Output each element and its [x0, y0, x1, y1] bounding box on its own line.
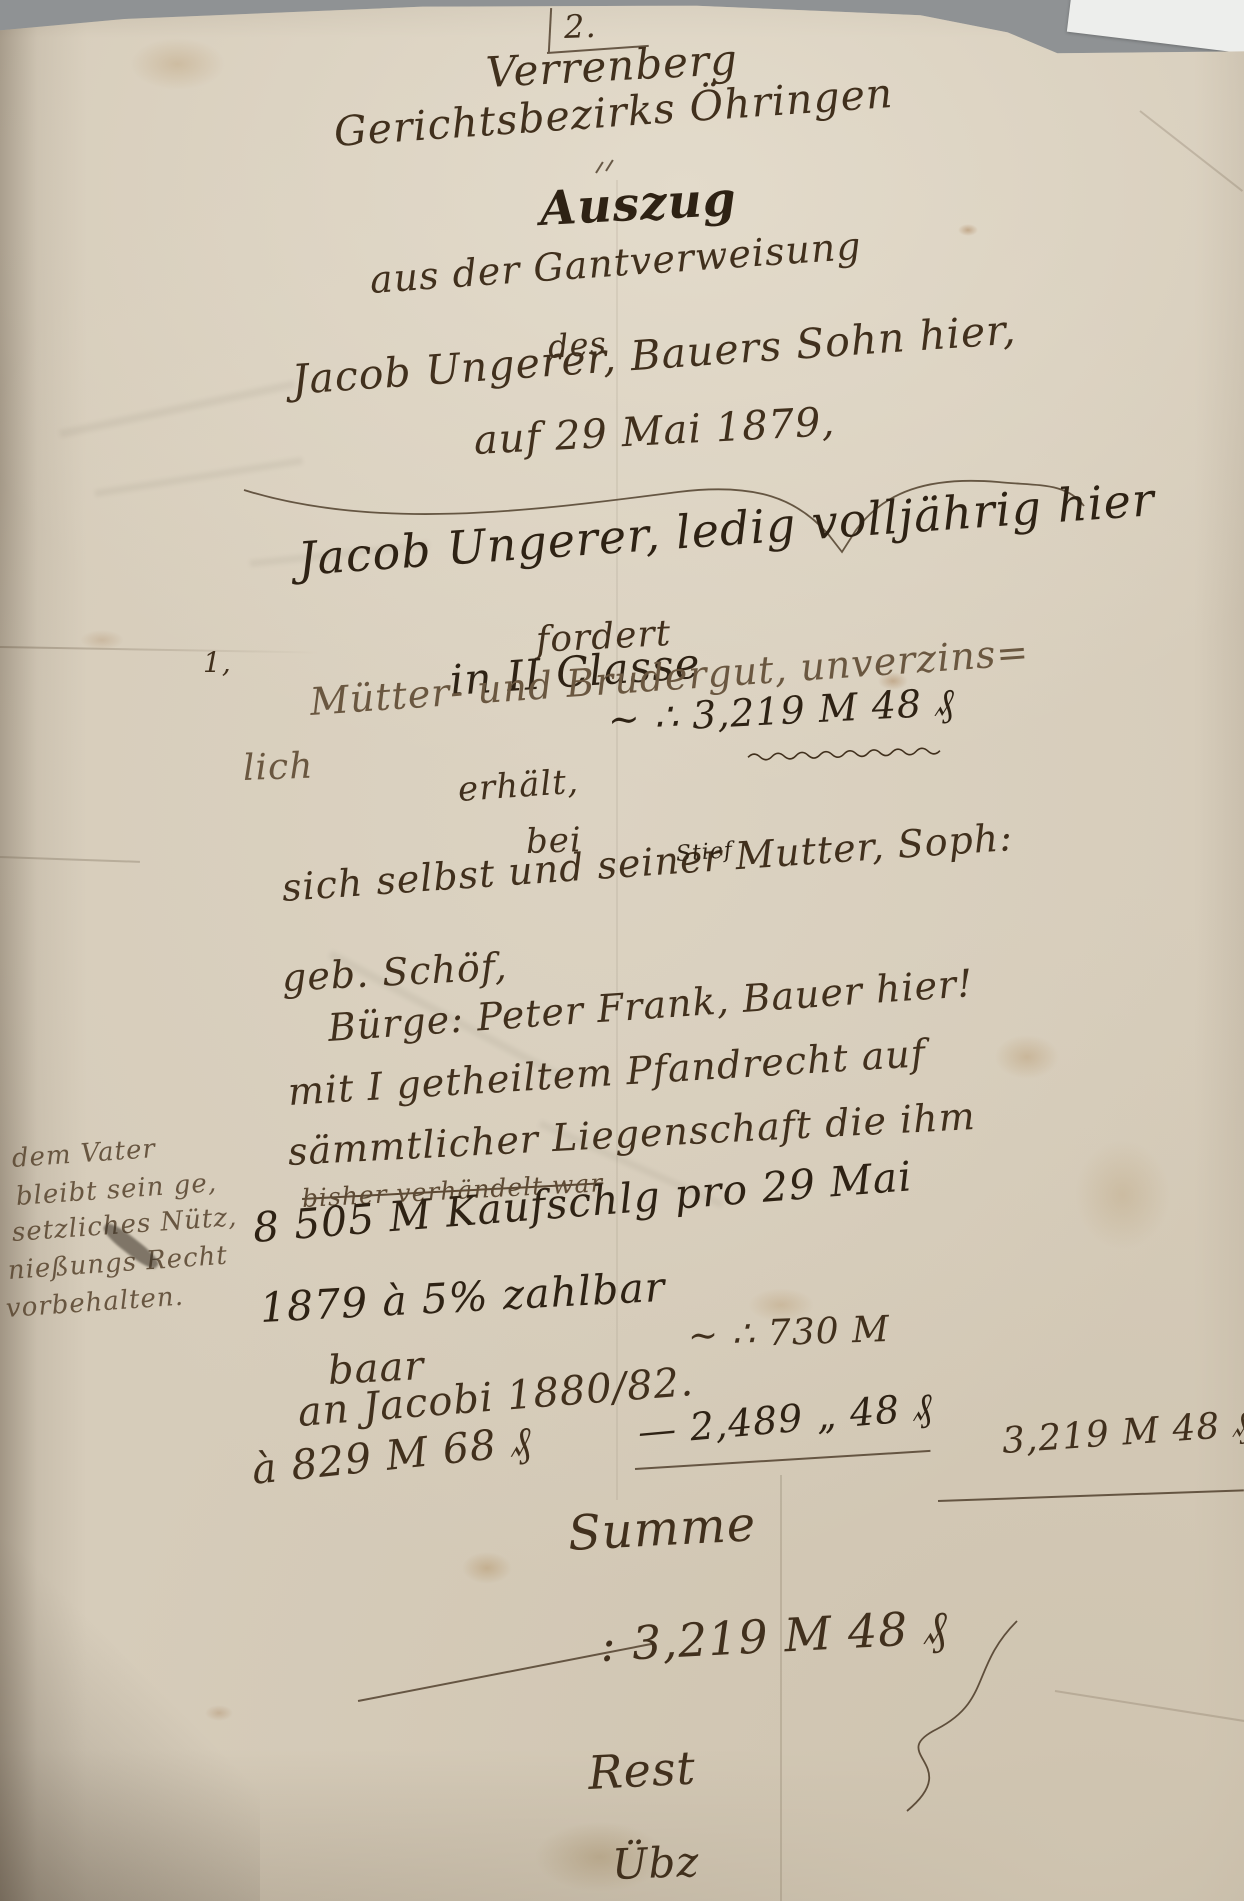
sum-label: Summe — [567, 1496, 758, 1562]
item-number: 1, — [203, 646, 232, 679]
claim-text-line2: lich — [242, 746, 314, 789]
carry-label: Übz — [611, 1837, 700, 1889]
page-number: 2. — [563, 7, 597, 46]
received-word: erhält, — [457, 762, 580, 810]
cash-amount: ~ ∴ 730 M — [687, 1309, 890, 1357]
white-paper-scrap — [1067, 0, 1244, 56]
photo-of-document: 2. Verrenberg Gerichtsbezirks Öhringen A… — [0, 0, 1244, 1901]
inserted-word: Stief — [675, 838, 734, 867]
rest-label: Rest — [587, 1740, 698, 1800]
document-title: Auszug — [539, 172, 738, 237]
sum-flourish — [845, 1615, 1025, 1815]
